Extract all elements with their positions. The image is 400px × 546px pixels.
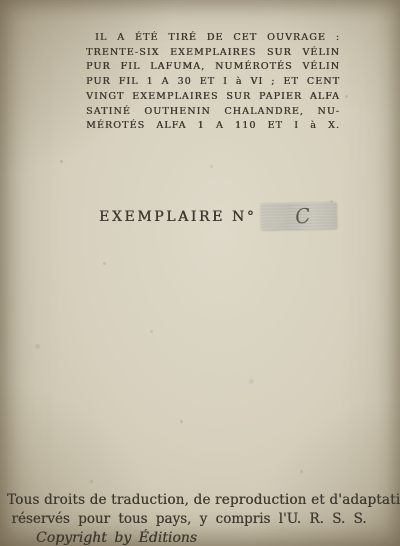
rights-notice: Tous droits de traduction, de reproducti… (0, 492, 400, 546)
limitation-notice: IL A ÉTÉ TIRÉ DE CET OUVRAGE : TRENTE-SI… (86, 31, 340, 134)
paper-speckles (0, 0, 3, 3)
rights-line-1: Tous droits de traduction, de reproducti… (0, 492, 400, 508)
limitation-line: MÉROTÉS ALFA 1 A 110 ET I à X. (86, 119, 340, 134)
limitation-line: TRENTE-SIX EXEMPLAIRES SUR VÉLIN (86, 46, 340, 61)
exemplaire-label: EXEMPLAIRE N° (99, 209, 256, 225)
limitation-line: PUR FIL LAFUMA, NUMÉROTÉS VÉLIN (86, 60, 340, 75)
copyright-line-cutoff: Copyright by Éditions (36, 530, 400, 546)
rights-line-2: réservés pour tous pays, y compris l'U. … (0, 511, 400, 527)
limitation-line: PUR FIL 1 A 30 ET I à VI ; ET CENT (86, 75, 340, 90)
limitation-line: SATINÉ OUTHENIN CHALANDRE, NU- (86, 105, 340, 120)
book-limitation-page: IL A ÉTÉ TIRÉ DE CET OUVRAGE : TRENTE-SI… (0, 0, 400, 546)
exemplaire-number-handwritten: C (294, 203, 313, 229)
limitation-line: VINGT EXEMPLAIRES SUR PAPIER ALFA (86, 90, 340, 105)
exemplaire-row: EXEMPLAIRE N° C (99, 203, 337, 230)
limitation-line: IL A ÉTÉ TIRÉ DE CET OUVRAGE : (86, 31, 340, 46)
exemplaire-number-box: C (261, 202, 338, 231)
